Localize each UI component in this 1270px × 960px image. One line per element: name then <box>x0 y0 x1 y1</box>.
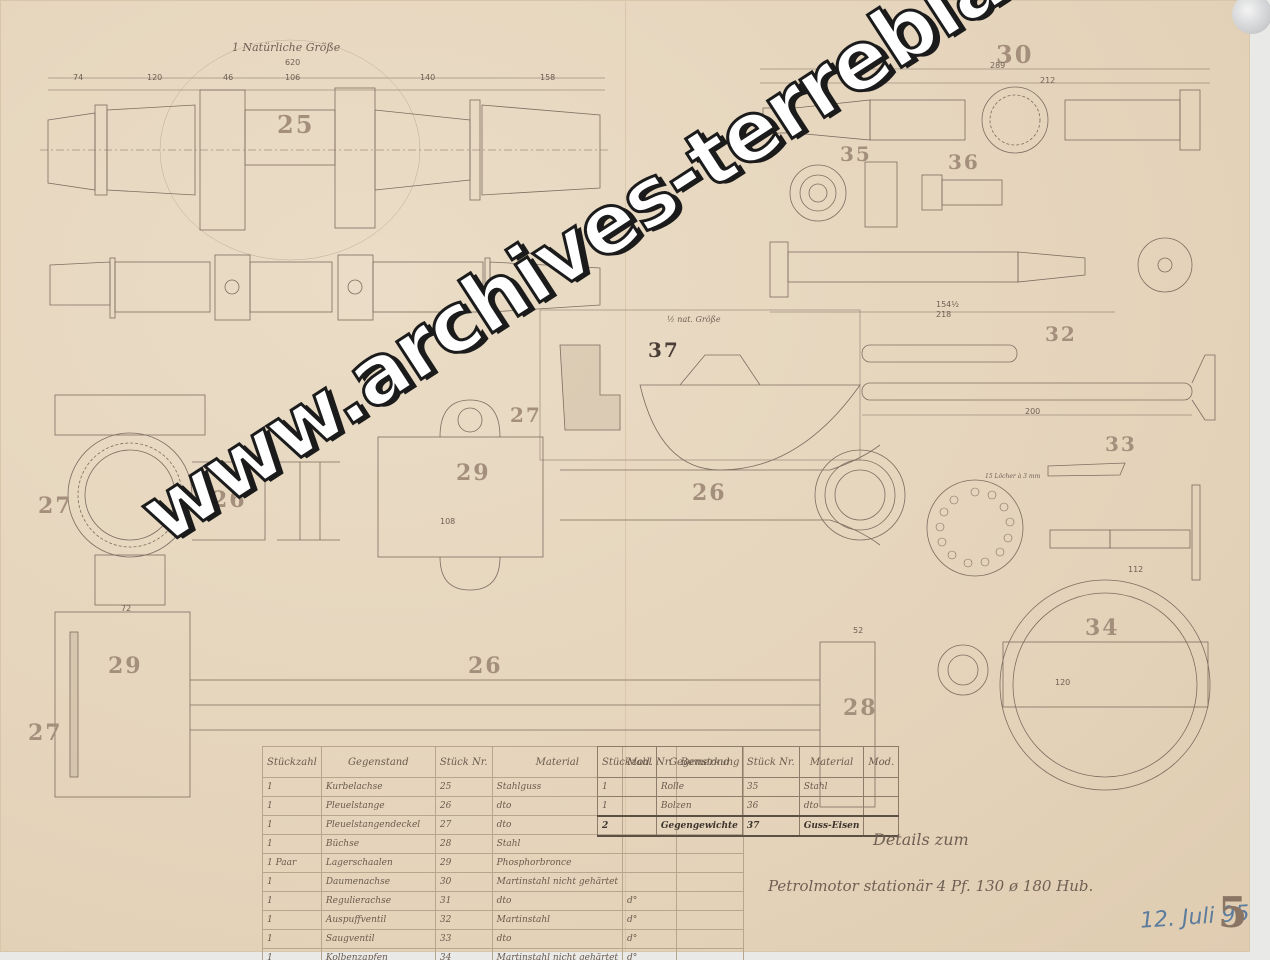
dimension-crankshaft-seg-5: 106 <box>285 73 300 82</box>
cell-item: Pleuelstange <box>321 797 435 816</box>
cell-no: 30 <box>435 873 492 892</box>
dimension-30-seg: 212 <box>1040 76 1055 85</box>
dimension-31-seg: 154½ <box>936 300 959 309</box>
table-row: 1Auspuffventil32Martinstahld° <box>263 911 744 930</box>
cell-qty: 1 <box>263 835 322 854</box>
cell-item: Rolle <box>656 778 742 797</box>
cell-qty: 1 <box>598 778 657 797</box>
sheet-number: 5 <box>1218 888 1247 937</box>
part-label-27-lower: 27 <box>28 720 63 746</box>
cell-note <box>676 930 744 949</box>
cell-qty: 1 <box>263 816 322 835</box>
cell-material: Stahl <box>492 835 622 854</box>
cell-material: Stahl <box>799 778 864 797</box>
cell-qty: 2 <box>598 816 657 836</box>
cell-no: 36 <box>742 797 799 817</box>
cell-qty: 1 <box>263 778 322 797</box>
part-33-drawing <box>927 463 1200 580</box>
cell-material: Guss-Eisen <box>799 816 864 836</box>
cell-mod <box>864 778 899 797</box>
cell-material: Martinstahl <box>492 911 622 930</box>
cell-no: 37 <box>742 816 799 836</box>
title-line-2: Petrolmotor stationär 4 Pf. 130 ø 180 Hu… <box>768 877 1093 895</box>
col-header-item: Gegenstand <box>656 747 742 778</box>
cell-material: dto <box>799 797 864 817</box>
cell-item: Auspuffventil <box>321 911 435 930</box>
table-row: 1Regulierachse31dtod° <box>263 892 744 911</box>
cell-material: Martinstahl nicht gehärtet <box>492 949 622 960</box>
dimension-34-length: 120 <box>1055 678 1070 687</box>
part-label-25: 25 <box>277 110 314 139</box>
col-header-no: Stück Nr. <box>742 747 799 778</box>
cell-note <box>676 949 744 960</box>
cell-material: dto <box>492 930 622 949</box>
cell-no: 27 <box>435 816 492 835</box>
cell-mod <box>864 797 899 817</box>
table-row: 1Saugventil33dtod° <box>263 930 744 949</box>
cell-qty: 1 <box>263 911 322 930</box>
dimension-crankshaft-seg-7: 140 <box>420 73 435 82</box>
cell-note <box>676 911 744 930</box>
part-label-37: 37 <box>648 338 680 362</box>
pushpin-icon <box>1232 0 1270 34</box>
part-37-drawing <box>540 310 860 470</box>
cell-no: 25 <box>435 778 492 797</box>
cell-item: Daumenachse <box>321 873 435 892</box>
part-label-33: 33 <box>1105 432 1137 456</box>
part-label-32: 32 <box>1045 322 1077 346</box>
dimension-32-length: 200 <box>1025 407 1040 416</box>
part-label-29-lower: 29 <box>108 653 143 679</box>
part-label-26-right: 26 <box>692 480 727 506</box>
dimension-33-length: 112 <box>1128 565 1143 574</box>
scale-note-top: 1 Natürliche Größe <box>232 41 340 54</box>
part-label-35: 35 <box>840 142 872 166</box>
dimension-30-overall: 289 <box>990 61 1005 70</box>
table-row: 1Büchse28Stahl <box>263 835 744 854</box>
cell-note <box>676 835 744 854</box>
col-header-item: Gegenstand <box>321 747 435 778</box>
cell-item: Gegengewichte <box>656 816 742 836</box>
cell-mod <box>623 854 677 873</box>
dimension-crankshaft-seg-3: 120 <box>147 73 162 82</box>
bill-of-materials-right: Stückzahl Gegenstand Stück Nr. Material … <box>597 746 899 837</box>
col-header-qty: Stückzahl <box>598 747 657 778</box>
cell-qty: 1 <box>263 797 322 816</box>
dimension-29-lower-width: 72 <box>121 604 131 613</box>
cell-note <box>676 854 744 873</box>
cell-no: 35 <box>742 778 799 797</box>
cell-no: 28 <box>435 835 492 854</box>
cell-note <box>676 892 744 911</box>
dimension-31-overall: 218 <box>936 310 951 319</box>
cell-material: dto <box>492 892 622 911</box>
part-33-holes-note: 15 Löcher à 3 mm <box>985 473 1040 480</box>
part-label-26-lower: 26 <box>468 653 503 679</box>
part-31-drawing <box>770 238 1192 312</box>
cell-note <box>676 873 744 892</box>
table-row: 1 PaarLagerschaalen29Phosphorbronce <box>263 854 744 873</box>
col-header-no: Stück Nr. <box>435 747 492 778</box>
part-34-drawing <box>938 580 1210 790</box>
cell-qty: 1 Paar <box>263 854 322 873</box>
part-label-29-upper: 29 <box>456 460 491 486</box>
cell-item: Büchse <box>321 835 435 854</box>
cell-mod: d° <box>623 911 677 930</box>
cell-no: 29 <box>435 854 492 873</box>
cell-qty: 1 <box>263 873 322 892</box>
cell-qty: 1 <box>263 892 322 911</box>
col-header-qty: Stückzahl <box>263 747 322 778</box>
cell-item: Regulierachse <box>321 892 435 911</box>
table-row: 1Kolbenzapfen34Martinstahl nicht gehärte… <box>263 949 744 960</box>
dimension-28-width: 52 <box>853 626 863 635</box>
dimension-crankshaft-seg-1: 74 <box>73 73 83 82</box>
cell-item: Pleuelstangendeckel <box>321 816 435 835</box>
cell-material: Martinstahl nicht gehärtet <box>492 873 622 892</box>
cell-mod: d° <box>623 930 677 949</box>
cell-qty: 1 <box>263 930 322 949</box>
cell-no: 26 <box>435 797 492 816</box>
table-row: 1Rolle35Stahl <box>598 778 899 797</box>
cell-material: Phosphorbronce <box>492 854 622 873</box>
cell-mod: d° <box>623 949 677 960</box>
cell-mod: d° <box>623 892 677 911</box>
cell-mod <box>623 873 677 892</box>
title-line-1: Details zum <box>873 830 969 849</box>
bom-header-row: Stückzahl Gegenstand Stück Nr. Material … <box>598 747 899 778</box>
part-label-27-upper: 27 <box>510 403 542 427</box>
col-header-mod: Mod. <box>864 747 899 778</box>
cell-item: Kurbelachse <box>321 778 435 797</box>
cell-item: Kolbenzapfen <box>321 949 435 960</box>
cell-no: 33 <box>435 930 492 949</box>
cell-item: Lagerschaalen <box>321 854 435 873</box>
cell-qty: 1 <box>263 949 322 960</box>
col-header-material: Material <box>799 747 864 778</box>
cell-no: 32 <box>435 911 492 930</box>
part-29-drawing <box>378 400 543 590</box>
part-label-27-left: 27 <box>38 493 73 519</box>
table-row: 2Gegengewichte37Guss-Eisen <box>598 816 899 836</box>
part-label-34: 34 <box>1085 615 1120 641</box>
dimension-crankshaft-seg-8: 158 <box>540 73 555 82</box>
part-label-36: 36 <box>948 150 980 174</box>
table-row: 1Bolzen36dto <box>598 797 899 817</box>
scale-note-37: ½ nat. Größe <box>667 315 721 324</box>
cell-no: 31 <box>435 892 492 911</box>
cell-qty: 1 <box>598 797 657 817</box>
dimension-29-width: 108 <box>440 517 455 526</box>
cell-item: Bolzen <box>656 797 742 817</box>
dimension-crankshaft-seg-4: 46 <box>223 73 233 82</box>
cell-mod <box>623 835 677 854</box>
cell-no: 34 <box>435 949 492 960</box>
table-row: 1Daumenachse30Martinstahl nicht gehärtet <box>263 873 744 892</box>
cell-item: Saugventil <box>321 930 435 949</box>
dimension-crankshaft-overall: 620 <box>285 58 300 67</box>
part-label-28: 28 <box>843 695 878 721</box>
